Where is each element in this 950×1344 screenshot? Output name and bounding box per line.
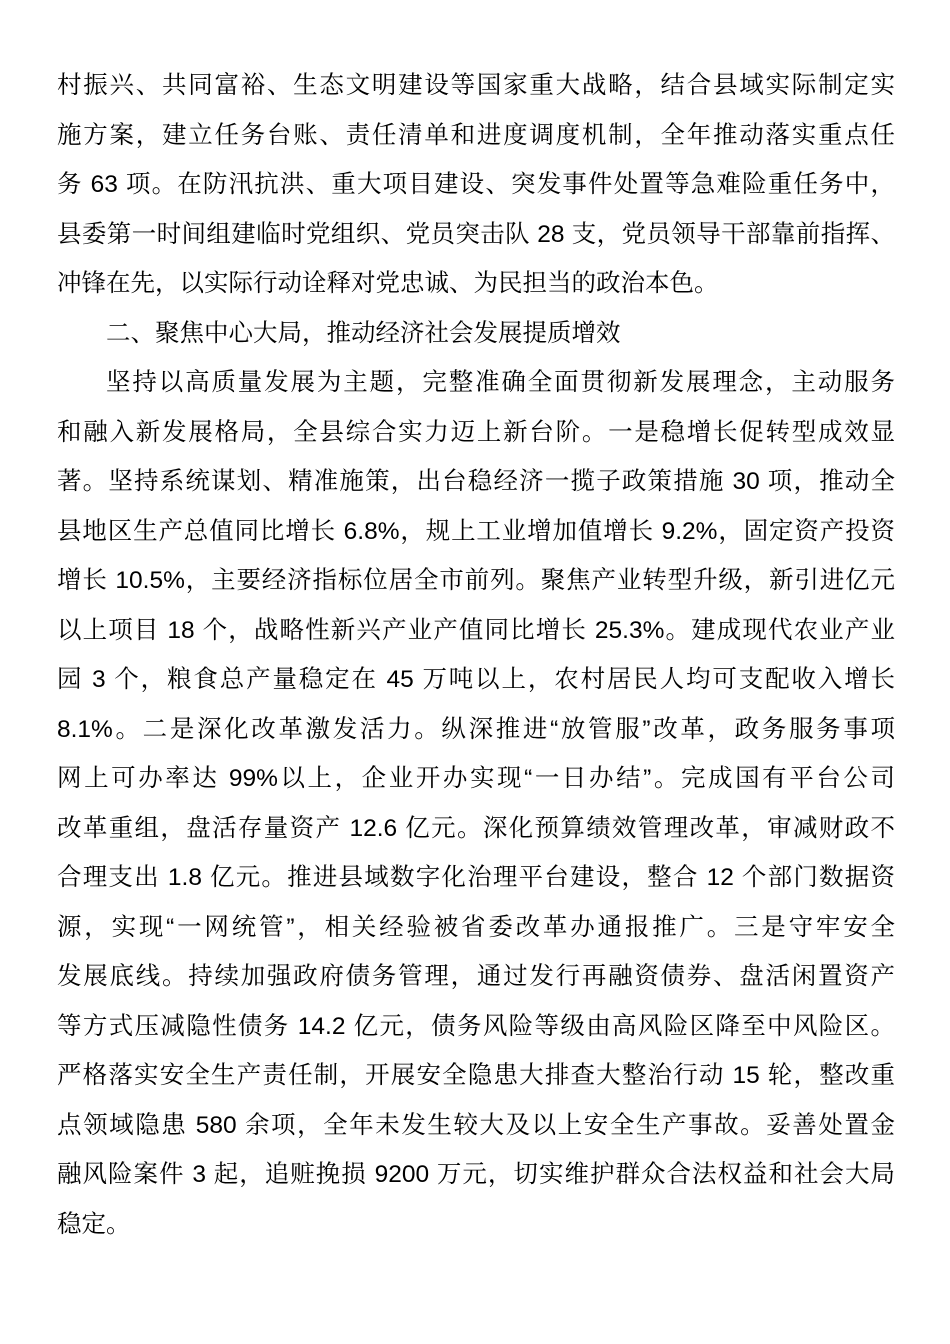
text-line: 严格落实安全生产责任制，开展安全隐患大排查大整治行动 15 轮，整改重 <box>57 1051 895 1101</box>
text-line: 以上项目 18 个，战略性新兴产业产值同比增长 25.3%。建成现代农业产业 <box>57 606 895 656</box>
text-line: 稳定。 <box>57 1200 895 1250</box>
text-line: 坚持以高质量发展为主题，完整准确全面贯彻新发展理念，主动服务 <box>57 358 895 408</box>
text-line: 和融入新发展格局，全县综合实力迈上新台阶。一是稳增长促转型成效显 <box>57 408 895 458</box>
text-line: 园 3 个，粮食总产量稳定在 45 万吨以上，农村居民人均可支配收入增长 <box>57 655 895 705</box>
text-line: 务 63 项。在防汛抗洪、重大项目建设、突发事件处置等急难险重任务中， <box>57 160 895 210</box>
document-page: 村振兴、共同富裕、生态文明建设等国家重大战略，结合县域实际制定实 施方案，建立任… <box>57 61 895 1249</box>
text-line: 网上可办率达 99%以上，企业开办实现“一日办结”。完成国有平台公司 <box>57 754 895 804</box>
text-line: 源，实现“一网统管”，相关经验被省委改革办通报推广。三是守牢安全 <box>57 903 895 953</box>
section-heading: 二、聚焦中心大局，推动经济社会发展提质增效 <box>57 309 895 359</box>
text-line: 8.1%。二是深化改革激发活力。纵深推进“放管服”改革，政务服务事项 <box>57 705 895 755</box>
text-line: 县委第一时间组建临时党组织、党员突击队 28 支，党员领导干部靠前指挥、 <box>57 210 895 260</box>
text-line: 著。坚持系统谋划、精准施策，出台稳经济一揽子政策措施 30 项，推动全 <box>57 457 895 507</box>
text-line: 村振兴、共同富裕、生态文明建设等国家重大战略，结合县域实际制定实 <box>57 61 895 111</box>
text-line: 融风险案件 3 起，追赃挽损 9200 万元，切实维护群众合法权益和社会大局 <box>57 1150 895 1200</box>
text-line: 冲锋在先，以实际行动诠释对党忠诚、为民担当的政治本色。 <box>57 259 895 309</box>
text-line: 县地区生产总值同比增长 6.8%，规上工业增加值增长 9.2%，固定资产投资 <box>57 507 895 557</box>
text-line: 点领域隐患 580 余项，全年未发生较大及以上安全生产事故。妥善处置金 <box>57 1101 895 1151</box>
text-line: 改革重组，盘活存量资产 12.6 亿元。深化预算绩效管理改革，审减财政不 <box>57 804 895 854</box>
text-line: 发展底线。持续加强政府债务管理，通过发行再融资债券、盘活闲置资产 <box>57 952 895 1002</box>
text-line: 等方式压减隐性债务 14.2 亿元，债务风险等级由高风险区降至中风险区。 <box>57 1002 895 1052</box>
text-line: 施方案，建立任务台账、责任清单和进度调度机制，全年推动落实重点任 <box>57 111 895 161</box>
text-line: 增长 10.5%，主要经济指标位居全市前列。聚焦产业转型升级，新引进亿元 <box>57 556 895 606</box>
text-line: 合理支出 1.8 亿元。推进县域数字化治理平台建设，整合 12 个部门数据资 <box>57 853 895 903</box>
